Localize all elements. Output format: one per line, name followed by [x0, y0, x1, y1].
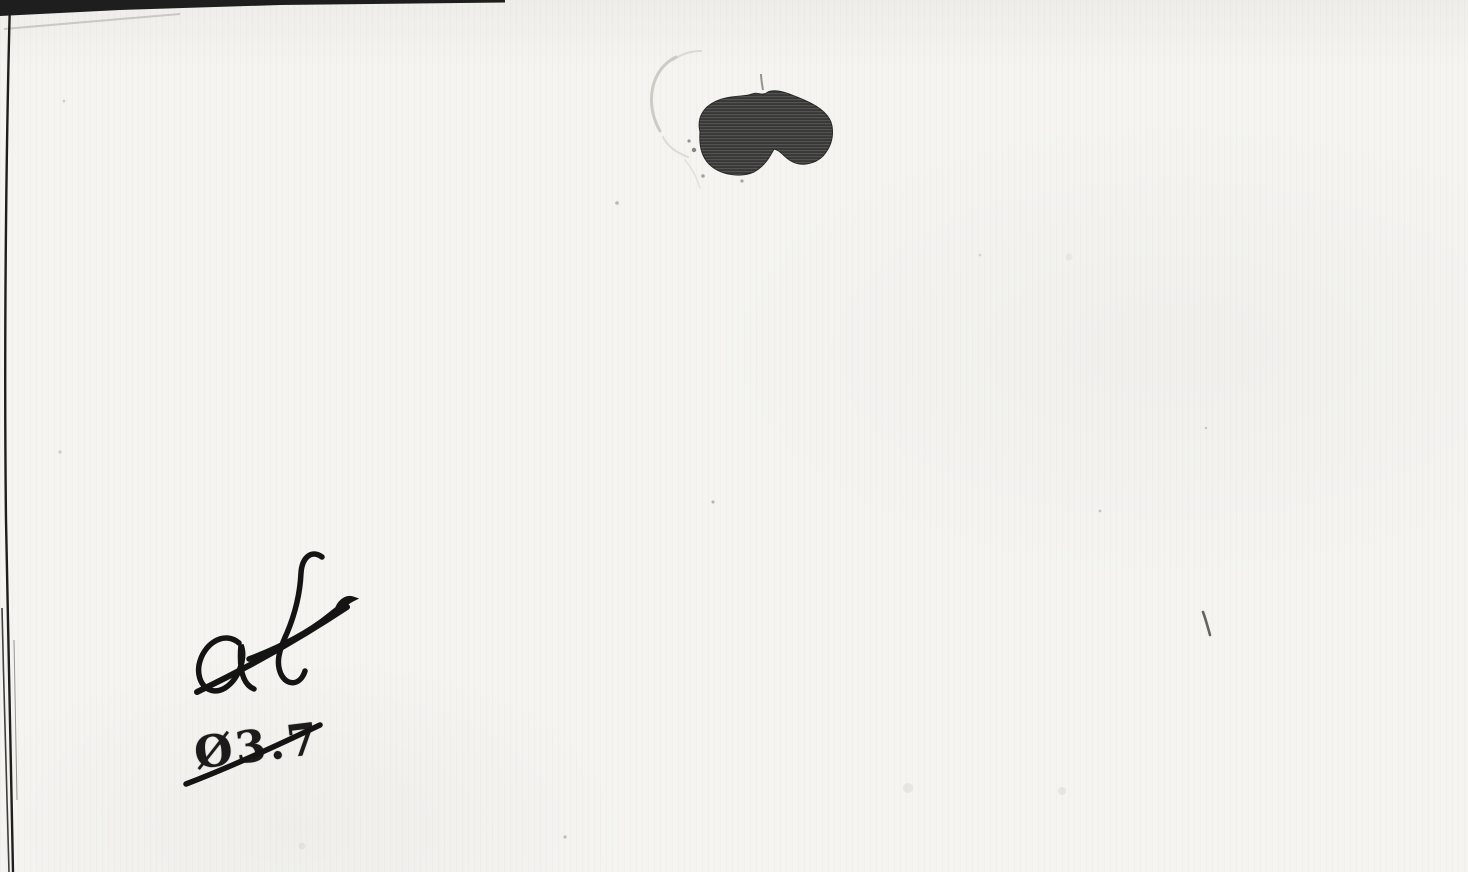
scan-edge-left-icon — [2, 0, 17, 872]
ink-blot-icon — [687, 74, 832, 183]
signature-scribble-icon — [197, 554, 352, 692]
pen-slash-icon — [1203, 612, 1210, 635]
scribble-strike-line — [197, 607, 347, 692]
scan-edge-top-icon — [0, 0, 505, 29]
crossed-out-measurement-text: Ø3.7 — [191, 713, 323, 779]
scanned-blank-page: Ø3.7 — [0, 0, 1468, 872]
stain-ring-icon — [651, 51, 701, 188]
